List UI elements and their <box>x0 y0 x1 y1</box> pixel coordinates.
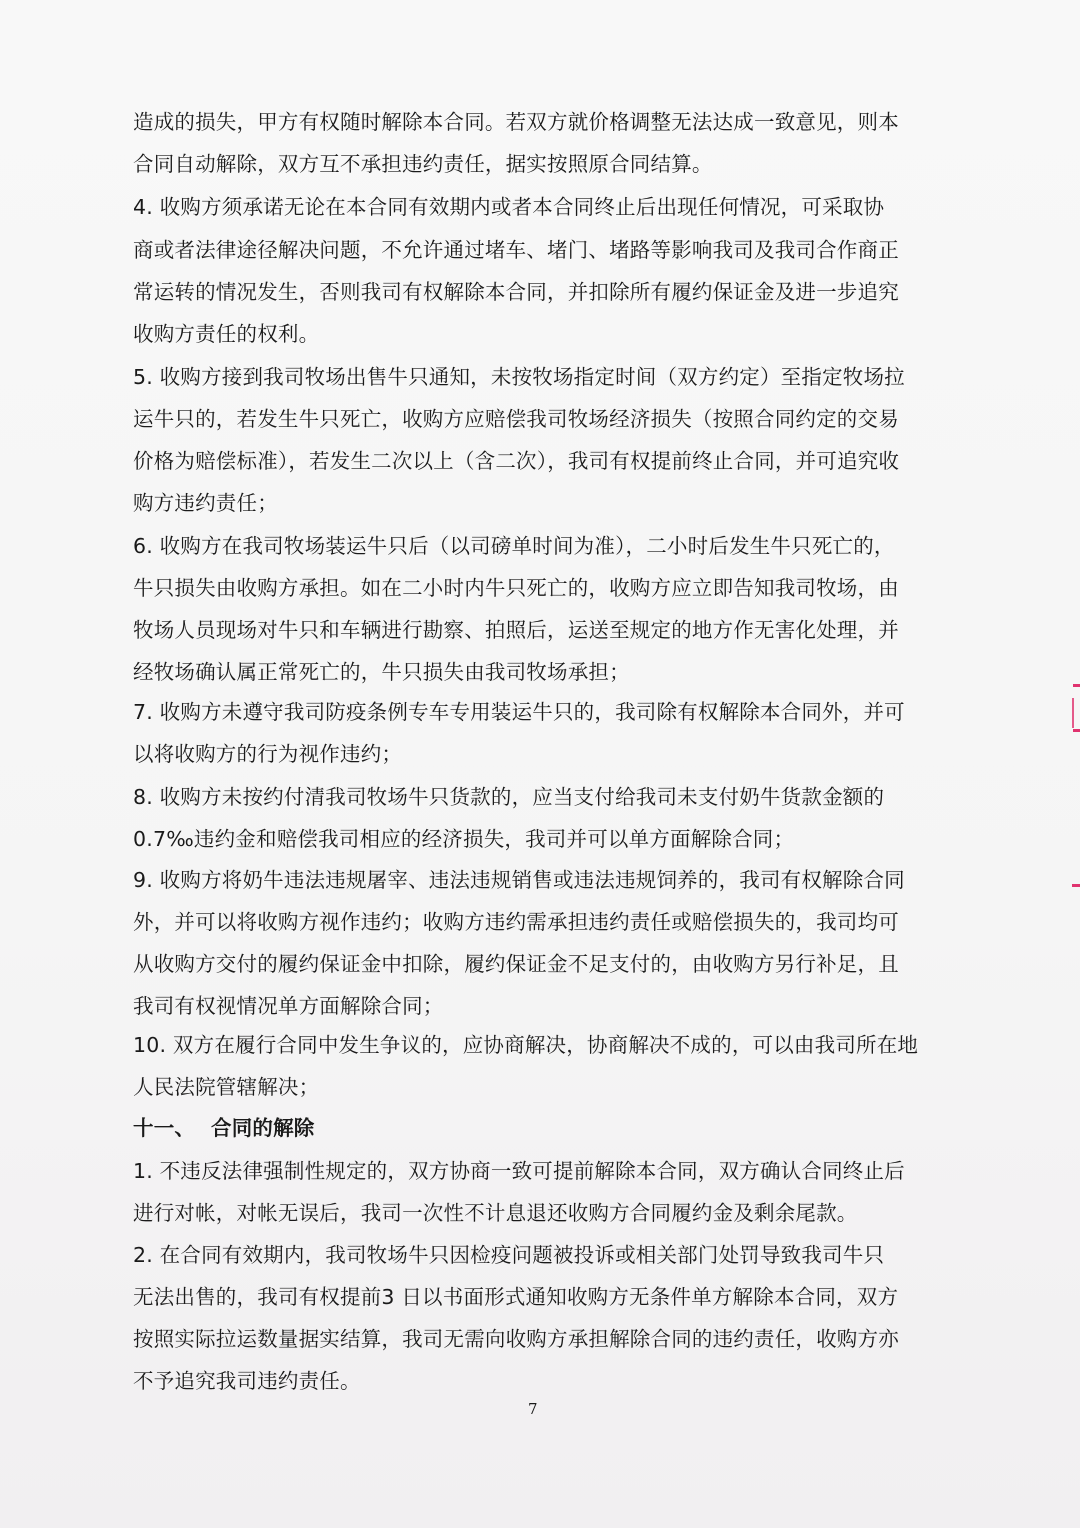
section-title: 合同的解除 <box>211 1116 315 1140</box>
text-line: 从收购方交付的履约保证金中扣除，履约保证金不足支付的，由收购方另行补足，且 <box>133 950 933 978</box>
text-line: 以将收购方的行为视作违约； <box>133 740 933 768</box>
text-line: 牧场人员现场对牛只和车辆进行勘察、拍照后，运送至规定的地方作无害化处理，并 <box>133 616 933 644</box>
page-number: 7 <box>528 1400 538 1418</box>
text-line: 6. 收购方在我司牧场装运牛只后（以司磅单时间为准），二小时后发生牛只死亡的， <box>133 532 933 560</box>
text-line: 购方违约责任； <box>133 489 933 517</box>
text-line: 运牛只的，若发生牛只死亡，收购方应赔偿我司牧场经济损失（按照合同约定的交易 <box>133 405 933 433</box>
text-line: 合同自动解除，双方互不承担违约责任，据实按照原合同结算。 <box>133 150 933 178</box>
seal-mark <box>1072 884 1080 887</box>
text-line: 9. 收购方将奶牛违法违规屠宰、违法违规销售或违法违规饲养的，我司有权解除合同 <box>133 866 933 894</box>
document-page: 造成的损失，甲方有权随时解除本合同。若双方就价格调整无法达成一致意见，则本合同自… <box>0 0 1080 1528</box>
text-line: 进行对帐，对帐无误后，我司一次性不计息退还收购方合同履约金及剩余尾款。 <box>133 1199 933 1227</box>
text-line: 按照实际拉运数量据实结算，我司无需向收购方承担解除合同的违约责任，收购方亦 <box>133 1325 933 1353</box>
text-line: 价格为赔偿标准），若发生二次以上（含二次），我司有权提前终止合同，并可追究收 <box>133 447 933 475</box>
text-line: 5. 收购方接到我司牧场出售牛只通知，未按牧场指定时间（双方约定）至指定牧场拉 <box>133 363 933 391</box>
seal-mark <box>1072 698 1074 728</box>
seal-mark <box>1073 729 1080 732</box>
section-heading: 十一、合同的解除 <box>133 1114 933 1142</box>
text-line: 7. 收购方未遵守我司防疫条例专车专用装运牛只的，我司除有权解除本合同外，并可 <box>133 698 933 726</box>
text-line: 10. 双方在履行合同中发生争议的，应协商解决，协商解决不成的，可以由我司所在地 <box>133 1031 933 1059</box>
text-line: 1. 不违反法律强制性规定的，双方协商一致可提前解除本合同，双方确认合同终止后 <box>133 1157 933 1185</box>
text-line: 人民法院管辖解决； <box>133 1073 933 1101</box>
seal-mark <box>1073 684 1080 687</box>
text-line: 8. 收购方未按约付清我司牧场牛只货款的，应当支付给我司未支付奶牛货款金额的 <box>133 783 933 811</box>
text-line: 0.7‰违约金和赔偿我司相应的经济损失，我司并可以单方面解除合同； <box>133 825 933 853</box>
text-line: 收购方责任的权利。 <box>133 320 933 348</box>
text-line: 4. 收购方须承诺无论在本合同有效期内或者本合同终止后出现任何情况，可采取协 <box>133 193 933 221</box>
text-line: 商或者法律途径解决问题，不允许通过堵车、堵门、堵路等影响我司及我司合作商正 <box>133 236 933 264</box>
text-line: 牛只损失由收购方承担。如在二小时内牛只死亡的，收购方应立即告知我司牧场，由 <box>133 574 933 602</box>
text-line: 不予追究我司违约责任。 <box>133 1367 933 1395</box>
text-line: 经牧场确认属正常死亡的，牛只损失由我司牧场承担； <box>133 658 933 686</box>
text-line: 无法出售的，我司有权提前3 日以书面形式通知收购方无条件单方解除本合同，双方 <box>133 1283 933 1311</box>
text-line: 我司有权视情况单方面解除合同； <box>133 992 933 1020</box>
text-line: 外，并可以将收购方视作违约；收购方违约需承担违约责任或赔偿损失的，我司均可 <box>133 908 933 936</box>
text-line: 2. 在合同有效期内，我司牧场牛只因检疫问题被投诉或相关部门处罚导致我司牛只 <box>133 1241 933 1269</box>
section-number: 十一、 <box>133 1114 211 1142</box>
text-line: 常运转的情况发生，否则我司有权解除本合同，并扣除所有履约保证金及进一步追究 <box>133 278 933 306</box>
text-line: 造成的损失，甲方有权随时解除本合同。若双方就价格调整无法达成一致意见，则本 <box>133 108 933 136</box>
